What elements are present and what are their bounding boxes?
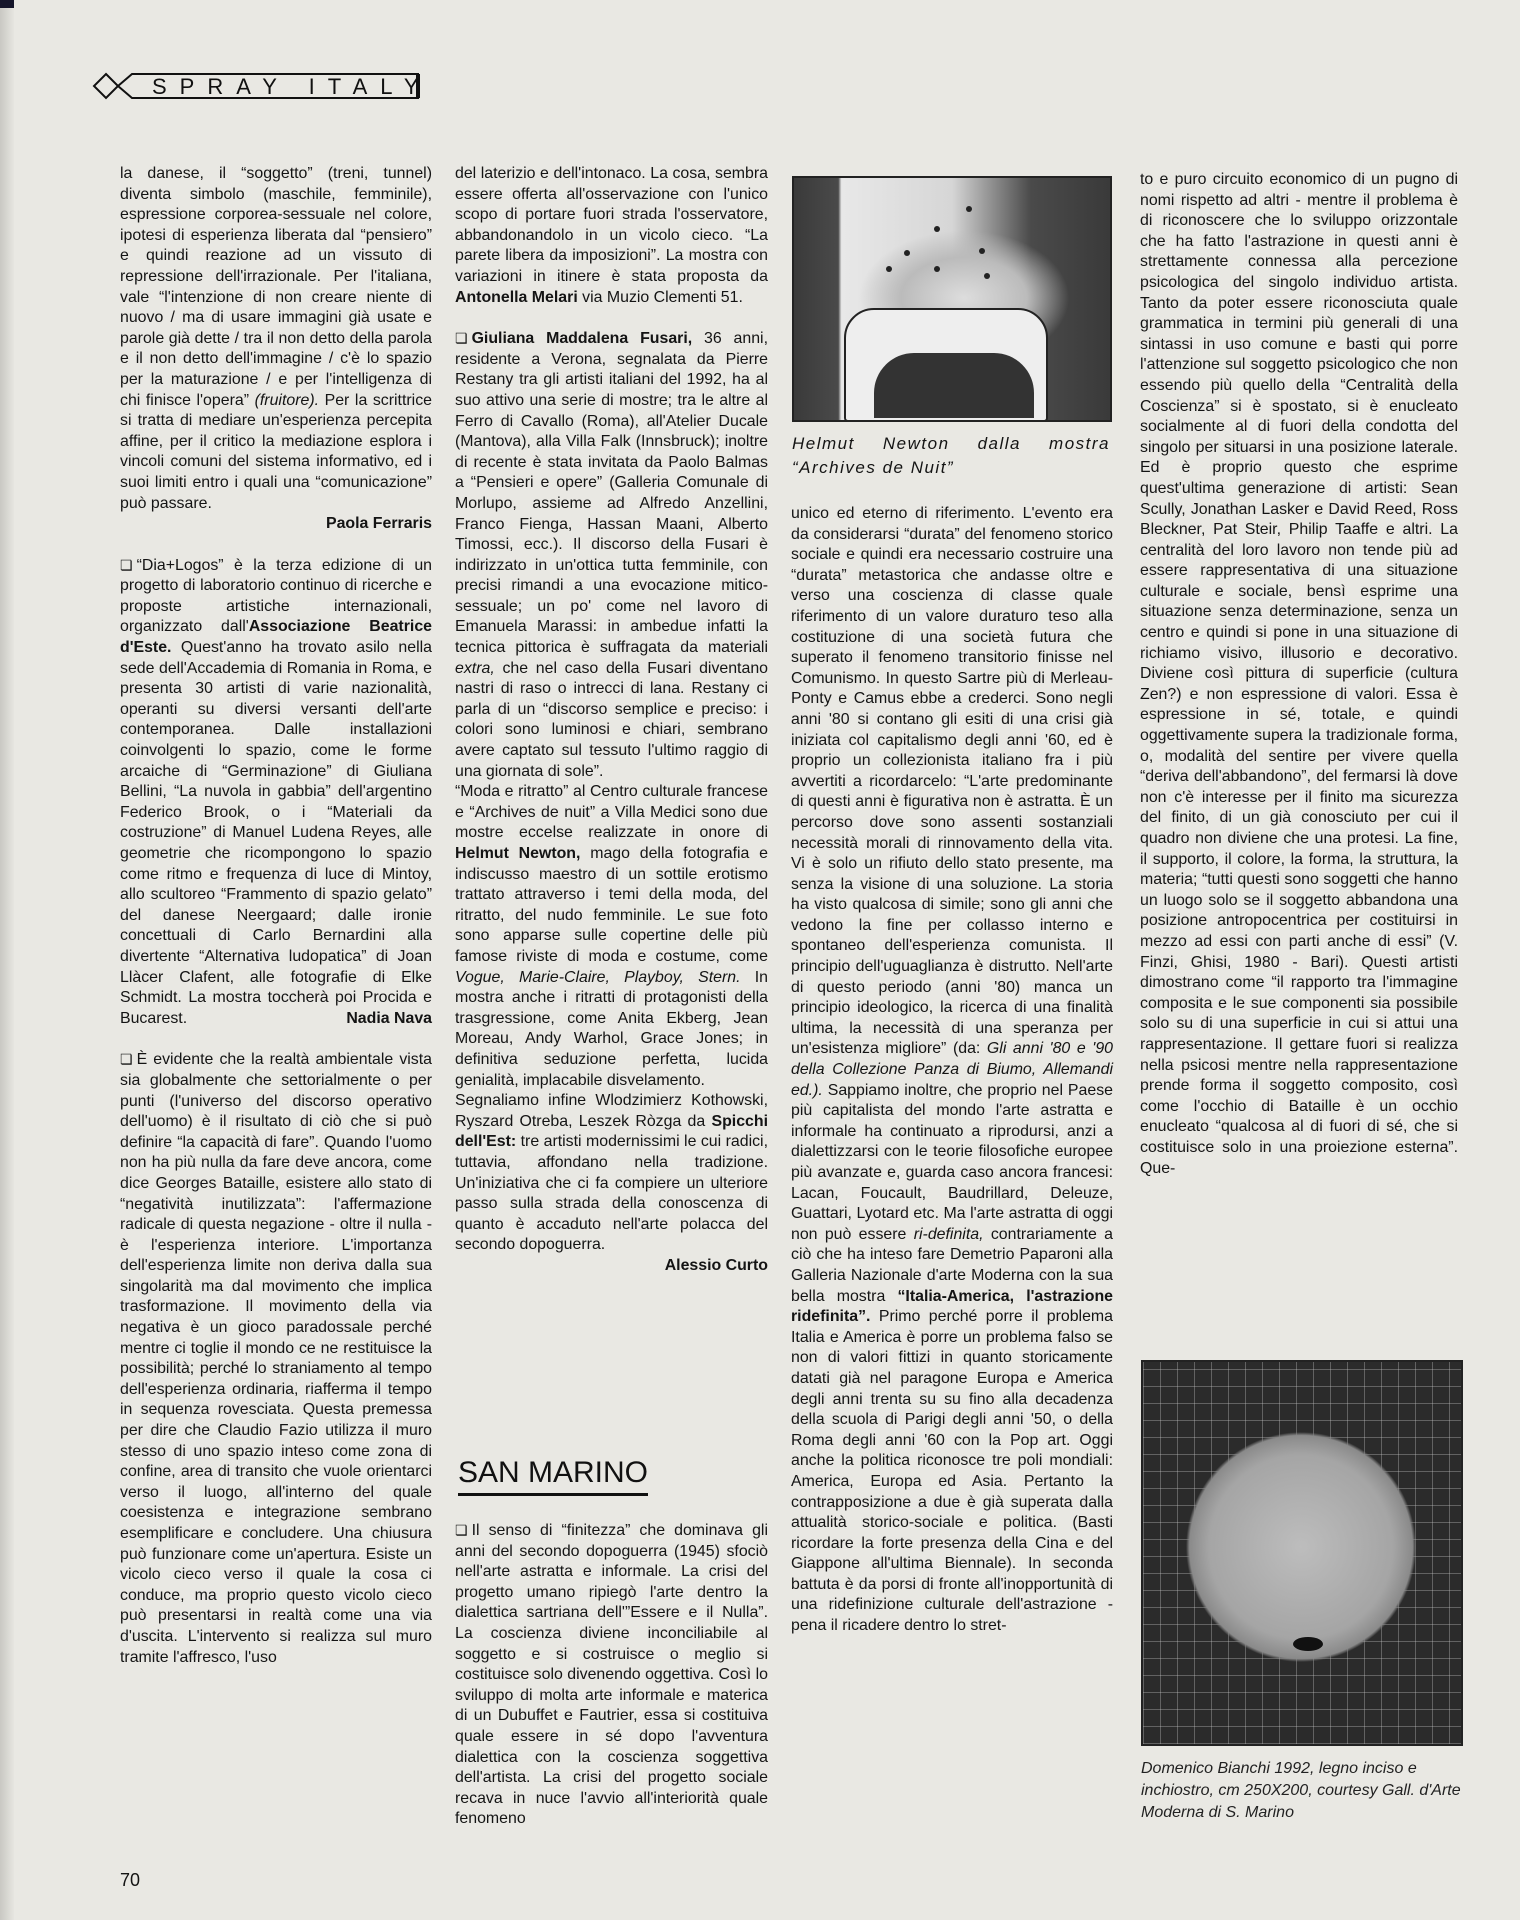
column-2-san-marino: Il senso di “finitezza” che dominava gli…: [455, 1520, 768, 1830]
column-2: del laterizio e dell'intonaco. La cosa, …: [455, 164, 768, 1276]
article-paragraph: Il senso di “finitezza” che dominava gli…: [455, 1520, 768, 1830]
article-paragraph: del laterizio e dell'intonaco. La cosa, …: [455, 164, 768, 308]
article-paragraph: “Moda e ritratto” al Centro culturale fr…: [455, 782, 768, 1091]
author-signature: Paola Ferraris: [120, 514, 432, 535]
photo-caption: Helmut Newton dalla mostra “Archives de …: [792, 432, 1110, 480]
section-title-san-marino: SAN MARINO: [458, 1455, 648, 1496]
article-paragraph: to e puro circuito economico di un pugno…: [1140, 170, 1458, 1179]
article-paragraph: È evidente che la realtà ambientale vist…: [120, 1049, 432, 1668]
article-paragraph: unico ed eterno di riferimento. L'evento…: [791, 504, 1113, 1637]
column-4: to e puro circuito economico di un pugno…: [1140, 170, 1458, 1179]
photo-blanket-shape: [874, 353, 1034, 418]
column-3: unico ed eterno di riferimento. L'evento…: [791, 504, 1113, 1637]
domenico-bianchi-artwork-photo: [1141, 1360, 1463, 1746]
article-paragraph: Giuliana Maddalena Fusari, 36 anni, resi…: [455, 328, 768, 782]
author-signature: Alessio Curto: [455, 1256, 768, 1277]
header-title: SPRAY ITALY: [152, 72, 432, 100]
article-paragraph: Segnaliamo infine Wlodzimierz Kothowski,…: [455, 1091, 768, 1256]
author-signature: Nadia Nava: [346, 1009, 432, 1030]
article-paragraph: “Dia+Logos” è la terza edizione di un pr…: [120, 555, 432, 1030]
helmut-newton-photo: [792, 176, 1112, 422]
photo-caption: Domenico Bianchi 1992, legno inciso e in…: [1141, 1758, 1471, 1824]
article-paragraph: la danese, il “soggetto” (treni, tunnel)…: [120, 164, 432, 514]
column-1: la danese, il “soggetto” (treni, tunnel)…: [120, 164, 432, 1668]
artwork-dark-oval: [1293, 1637, 1323, 1651]
page-number: 70: [120, 1870, 140, 1891]
page-corner-mark: [0, 0, 14, 8]
page-gutter: [0, 0, 14, 1920]
